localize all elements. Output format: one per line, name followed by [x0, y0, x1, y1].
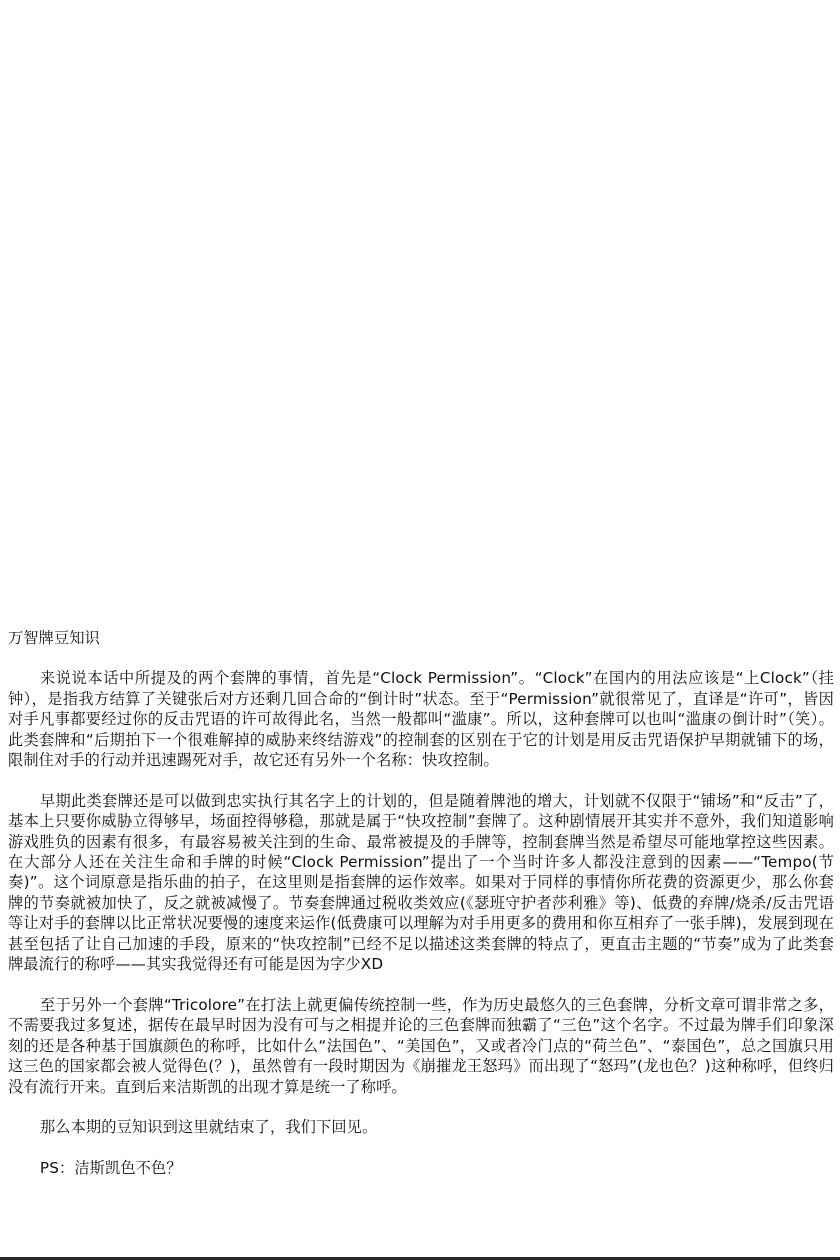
blank-upper-area: [0, 0, 840, 625]
article: 万智牌豆知识 来说说本话中所提及的两个套牌的事情，首先是“Clock Permi…: [8, 628, 834, 1199]
article-title: 万智牌豆知识: [8, 628, 834, 648]
paragraph-closing: 那么本期的豆知识到这里就结束了，我们下回见。: [8, 1117, 834, 1137]
paragraph-ps: PS：洁斯凯色不色？: [8, 1158, 834, 1178]
paragraph-tempo: 早期此类套牌还是可以做到忠实执行其名字上的计划的，但是随着牌池的增大，计划就不仅…: [8, 791, 834, 975]
paragraph-tricolore: 至于另外一个套牌“Tricolore”在打法上就更偏传统控制一些，作为历史最悠久…: [8, 995, 834, 1097]
paragraph-clock-permission: 来说说本话中所提及的两个套牌的事情，首先是“Clock Permission”。…: [8, 668, 834, 770]
